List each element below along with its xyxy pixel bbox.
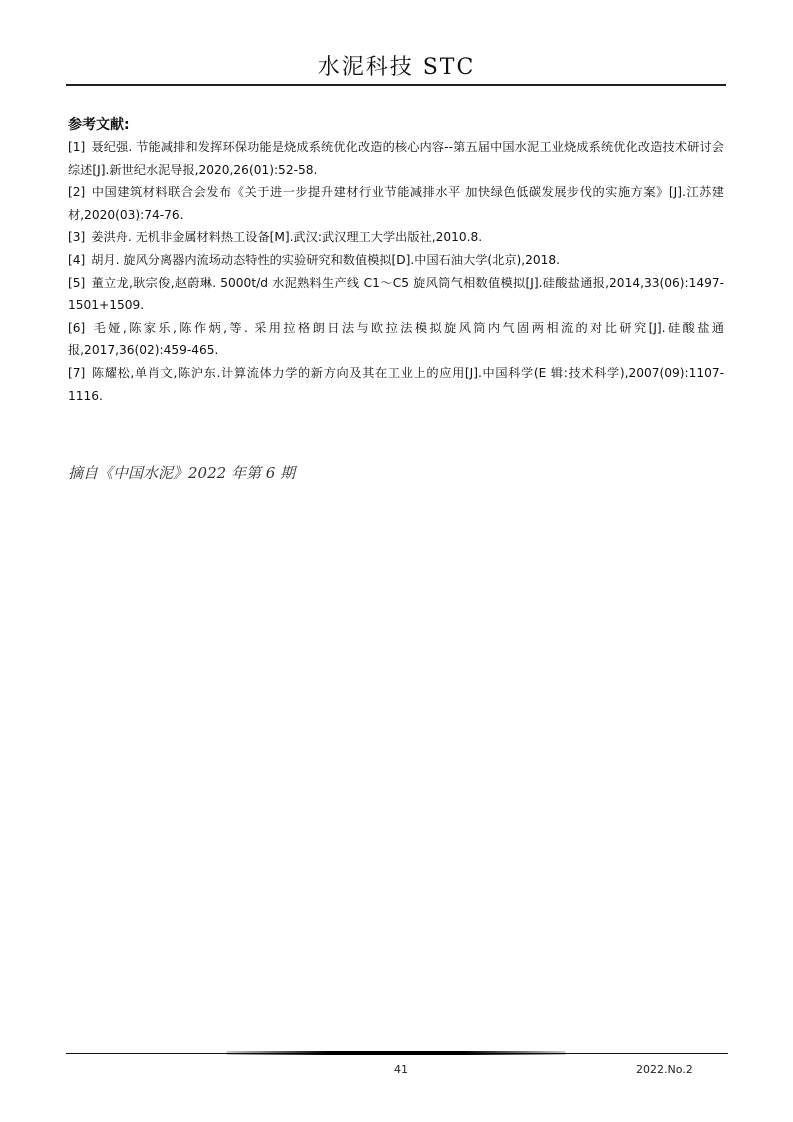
- reference-number: [2]: [68, 185, 85, 199]
- reference-number: [3]: [68, 230, 85, 244]
- reference-text: 中国建筑材料联合会发布《关于进一步提升建材行业节能减排水平 加快绿色低碳发展步伐…: [68, 185, 724, 222]
- reference-item: [7]陈耀松,单肖文,陈沪东.计算流体力学的新方向及其在工业上的应用[J].中国…: [68, 362, 724, 407]
- page-number: 41: [394, 1063, 408, 1076]
- reference-item: [2]中国建筑材料联合会发布《关于进一步提升建材行业节能减排水平 加快绿色低碳发…: [68, 181, 724, 226]
- reference-text: 毛娅,陈家乐,陈作炳,等. 采用拉格朗日法与欧拉法模拟旋风筒内气固两相流的对比研…: [68, 321, 724, 358]
- reference-list: [1]聂纪强. 节能减排和发挥环保功能是烧成系统优化改造的核心内容--第五届中国…: [68, 136, 724, 407]
- reference-number: [5]: [68, 276, 85, 290]
- reference-item: [1]聂纪强. 节能减排和发挥环保功能是烧成系统优化改造的核心内容--第五届中国…: [68, 136, 724, 181]
- reference-number: [4]: [68, 253, 85, 267]
- reference-text: 董立龙,耿宗俊,赵蔚琳. 5000t/d 水泥熟料生产线 C1～C5 旋风筒气相…: [68, 276, 724, 313]
- reference-number: [6]: [68, 321, 85, 335]
- journal-header-title: 水泥科技 STC: [0, 50, 793, 81]
- footer-divider: [66, 1050, 728, 1056]
- source-note: 摘自《中国水泥》2022 年第 6 期: [68, 462, 295, 483]
- reference-item: [6]毛娅,陈家乐,陈作炳,等. 采用拉格朗日法与欧拉法模拟旋风筒内气固两相流的…: [68, 317, 724, 362]
- reference-item: [5]董立龙,耿宗俊,赵蔚琳. 5000t/d 水泥熟料生产线 C1～C5 旋风…: [68, 272, 724, 317]
- references-heading: 参考文献:: [68, 114, 130, 134]
- reference-number: [1]: [68, 140, 85, 154]
- reference-item: [3]姜洪舟. 无机非金属材料热工设备[M].武汉:武汉理工大学出版社,2010…: [68, 226, 724, 249]
- reference-text: 聂纪强. 节能减排和发挥环保功能是烧成系统优化改造的核心内容--第五届中国水泥工…: [68, 140, 724, 177]
- reference-item: [4]胡月. 旋风分离器内流场动态特性的实验研究和数值模拟[D].中国石油大学(…: [68, 249, 724, 272]
- issue-label: 2022.No.2: [636, 1063, 693, 1076]
- reference-text: 胡月. 旋风分离器内流场动态特性的实验研究和数值模拟[D].中国石油大学(北京)…: [91, 253, 560, 267]
- reference-text: 陈耀松,单肖文,陈沪东.计算流体力学的新方向及其在工业上的应用[J].中国科学(…: [68, 366, 724, 403]
- reference-number: [7]: [68, 366, 85, 380]
- footer-divider-thick: [226, 1051, 566, 1055]
- reference-text: 姜洪舟. 无机非金属材料热工设备[M].武汉:武汉理工大学出版社,2010.8.: [91, 230, 482, 244]
- header-divider: [66, 84, 726, 86]
